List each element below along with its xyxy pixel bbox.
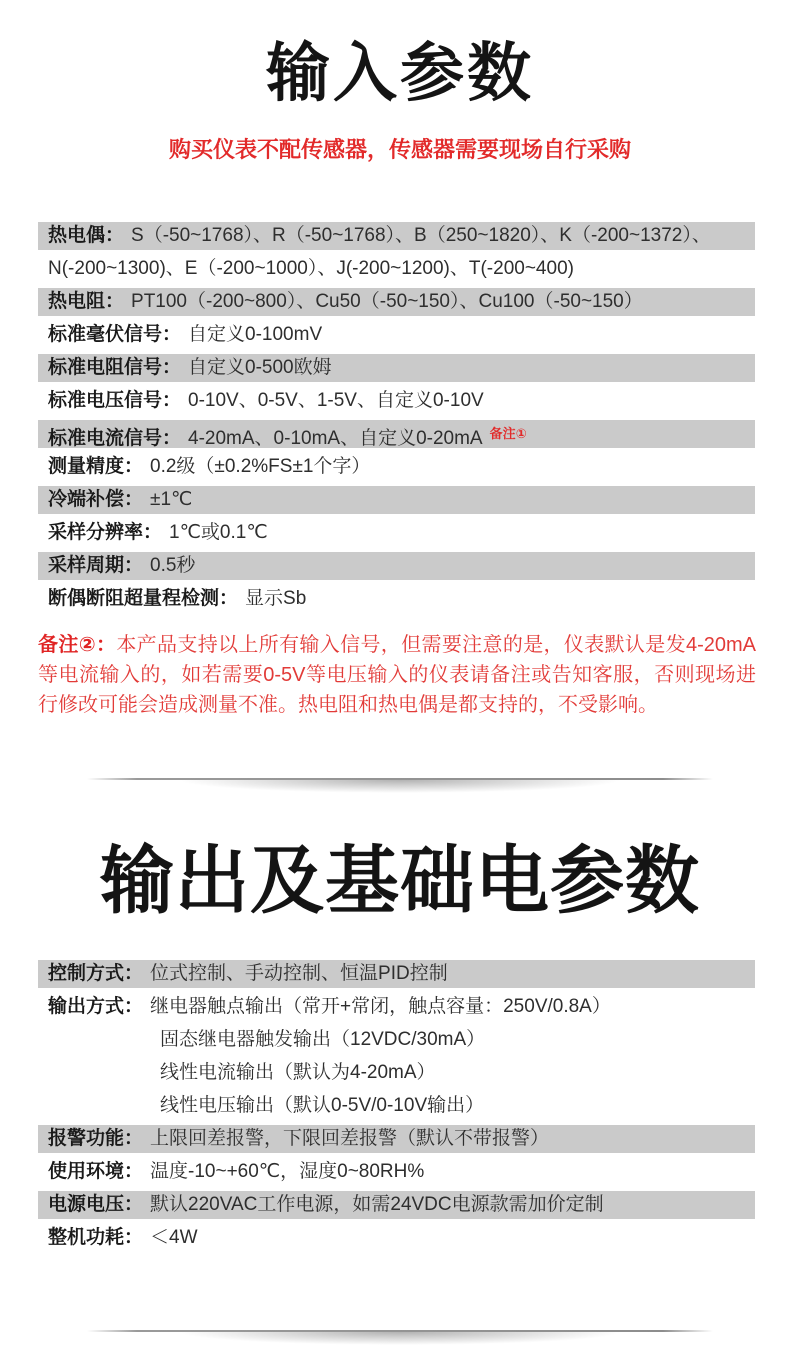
spec-label: 控制方式： (48, 963, 143, 984)
spec-label: 采样周期： (48, 555, 143, 576)
spec-label: 断偶断阻超量程检测： (48, 588, 238, 609)
spec-value: ±1℃ (150, 489, 192, 510)
spec-row: 采样周期：0.5秒 (38, 552, 755, 580)
spec-row: 线性电流输出（默认为4-20mA） (38, 1059, 755, 1087)
input-spec-table: 热电偶：S（-50~1768）、R（-50~1768）、B（250~1820）、… (38, 222, 755, 613)
spec-label: 热电阻： (48, 291, 124, 312)
spec-value: 0.5秒 (150, 555, 195, 576)
spec-label: 标准电压信号： (48, 390, 181, 411)
spec-row: 标准毫伏信号：自定义0-100mV (38, 321, 755, 349)
spec-label: 冷端补偿： (48, 489, 143, 510)
spec-row: 输出方式：继电器触点输出（常开+常闭，触点容量：250V/0.8A） (38, 993, 755, 1021)
spec-label: 标准毫伏信号： (48, 324, 181, 345)
note-body: 本产品支持以上所有输入信号，但需要注意的是，仪表默认是发4-20mA等电流输入的… (38, 634, 756, 716)
spec-value: 0.2级（±0.2%FS±1个字） (150, 456, 370, 477)
spec-label: 整机功耗： (48, 1227, 143, 1248)
note-label: 备注②： (38, 634, 116, 656)
spec-value: 固态继电器触发输出（12VDC/30mA） (160, 1029, 485, 1050)
spec-value: S（-50~1768）、R（-50~1768）、B（250~1820）、K（-2… (131, 225, 711, 246)
spec-value: PT100（-200~800）、Cu50（-50~150）、Cu100（-50~… (131, 291, 643, 312)
spec-label: 标准电流信号： (48, 428, 181, 448)
spec-label: 采样分辨率： (48, 522, 162, 543)
spec-row: 使用环境：温度-10~+60℃，湿度0~80RH% (38, 1158, 755, 1186)
spec-value: 1℃或0.1℃ (169, 522, 268, 543)
spec-label: 测量精度： (48, 456, 143, 477)
spec-row: 标准电压信号：0-10V、0-5V、1-5V、自定义0-10V (38, 387, 755, 415)
spec-row: 冷端补偿：±1℃ (38, 486, 755, 514)
spec-row: 固态继电器触发输出（12VDC/30mA） (38, 1026, 755, 1054)
spec-value: 默认220VAC工作电源，如需24VDC电源款需加价定制 (150, 1194, 604, 1215)
section-divider (87, 778, 713, 780)
spec-row: 断偶断阻超量程检测：显示Sb (38, 585, 755, 613)
spec-row: N(-200~1300)、E（-200~1000）、J(-200~1200)、T… (38, 255, 755, 283)
spec-row: 采样分辨率：1℃或0.1℃ (38, 519, 755, 547)
output-section: 输出及基础电参数 控制方式：位式控制、手动控制、恒温PID控制 输出方式：继电器… (0, 842, 800, 1252)
section-divider (87, 1330, 713, 1332)
spec-value: 显示Sb (245, 588, 306, 609)
spec-row: 测量精度：0.2级（±0.2%FS±1个字） (38, 453, 755, 481)
spec-row: 整机功耗：＜4W (38, 1224, 755, 1252)
spec-value: 自定义0-100mV (188, 324, 322, 345)
sensor-purchase-notice: 购买仪表不配传感器，传感器需要现场自行采购 (0, 133, 800, 164)
spec-value: 0-10V、0-5V、1-5V、自定义0-10V (188, 390, 484, 411)
output-section-title: 输出及基础电参数 (0, 842, 800, 920)
spec-value: 自定义0-500欧姆 (188, 357, 332, 378)
input-section-title: 输入参数 (0, 0, 800, 107)
spec-value: ＜4W (150, 1227, 198, 1248)
output-spec-table: 控制方式：位式控制、手动控制、恒温PID控制 输出方式：继电器触点输出（常开+常… (38, 960, 755, 1252)
spec-value: 4-20mA、0-10mA、自定义0-20mA (188, 428, 483, 448)
spec-row: 电源电压：默认220VAC工作电源，如需24VDC电源款需加价定制 (38, 1191, 755, 1219)
note-ref-badge: 备注① (490, 426, 527, 441)
spec-value: 线性电流输出（默认为4-20mA） (160, 1062, 436, 1083)
spec-row: 热电阻：PT100（-200~800）、Cu50（-50~150）、Cu100（… (38, 288, 755, 316)
spec-value: 上限回差报警，下限回差报警（默认不带报警） (150, 1128, 549, 1149)
spec-row: 标准电流信号：4-20mA、0-10mA、自定义0-20mA备注① (38, 420, 755, 448)
spec-label: 电源电压： (48, 1194, 143, 1215)
input-section: 输入参数 购买仪表不配传感器，传感器需要现场自行采购 热电偶：S（-50~176… (0, 0, 800, 720)
spec-label: 热电偶： (48, 225, 124, 246)
product-spec-page: 输入参数 购买仪表不配传感器，传感器需要现场自行采购 热电偶：S（-50~176… (0, 0, 800, 1351)
input-signal-note: 备注②：本产品支持以上所有输入信号，但需要注意的是，仪表默认是发4-20mA等电… (38, 630, 756, 720)
spec-row: 标准电阻信号：自定义0-500欧姆 (38, 354, 755, 382)
spec-label: 标准电阻信号： (48, 357, 181, 378)
spec-value: 线性电压输出（默认0-5V/0-10V输出） (160, 1095, 484, 1116)
spec-value: 位式控制、手动控制、恒温PID控制 (150, 963, 448, 984)
spec-row: 控制方式：位式控制、手动控制、恒温PID控制 (38, 960, 755, 988)
spec-row: 线性电压输出（默认0-5V/0-10V输出） (38, 1092, 755, 1120)
spec-label: 输出方式： (48, 996, 143, 1017)
spec-value: N(-200~1300)、E（-200~1000）、J(-200~1200)、T… (48, 258, 574, 279)
spec-row: 报警功能：上限回差报警，下限回差报警（默认不带报警） (38, 1125, 755, 1153)
spec-row: 热电偶：S（-50~1768）、R（-50~1768）、B（250~1820）、… (38, 222, 755, 250)
spec-value: 继电器触点输出（常开+常闭，触点容量：250V/0.8A） (150, 996, 611, 1017)
spec-label: 报警功能： (48, 1128, 143, 1149)
spec-value: 温度-10~+60℃，湿度0~80RH% (150, 1161, 424, 1182)
spec-label: 使用环境： (48, 1161, 143, 1182)
